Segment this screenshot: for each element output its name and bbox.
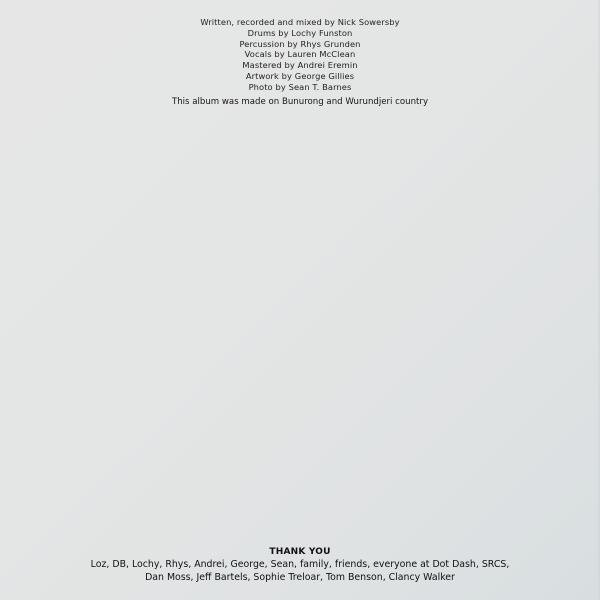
thank-you-heading: THANK YOU [0, 546, 600, 558]
credit-line-percussion: Percussion by Rhys Grunden [0, 39, 600, 50]
album-insert-sheet: Written, recorded and mixed by Nick Sowe… [0, 0, 600, 600]
credit-line-mastering: Mastered by Andrei Eremin [0, 60, 600, 71]
thank-you-line-2: Dan Moss, Jeff Bartels, Sophie Treloar, … [0, 571, 600, 584]
credit-line-drums: Drums by Lochy Funston [0, 28, 600, 39]
credit-line-writing: Written, recorded and mixed by Nick Sowe… [0, 17, 600, 28]
thank-you-block: THANK YOU Loz, DB, Lochy, Rhys, Andrei, … [0, 546, 600, 584]
credit-line-photo: Photo by Sean T. Barnes [0, 82, 600, 93]
credit-line-vocals: Vocals by Lauren McClean [0, 49, 600, 60]
country-acknowledgement: This album was made on Bunurong and Wuru… [0, 97, 600, 108]
thank-you-line-1: Loz, DB, Lochy, Rhys, Andrei, George, Se… [0, 558, 600, 571]
credit-line-artwork: Artwork by George Gillies [0, 71, 600, 82]
credits-block: Written, recorded and mixed by Nick Sowe… [0, 17, 600, 108]
